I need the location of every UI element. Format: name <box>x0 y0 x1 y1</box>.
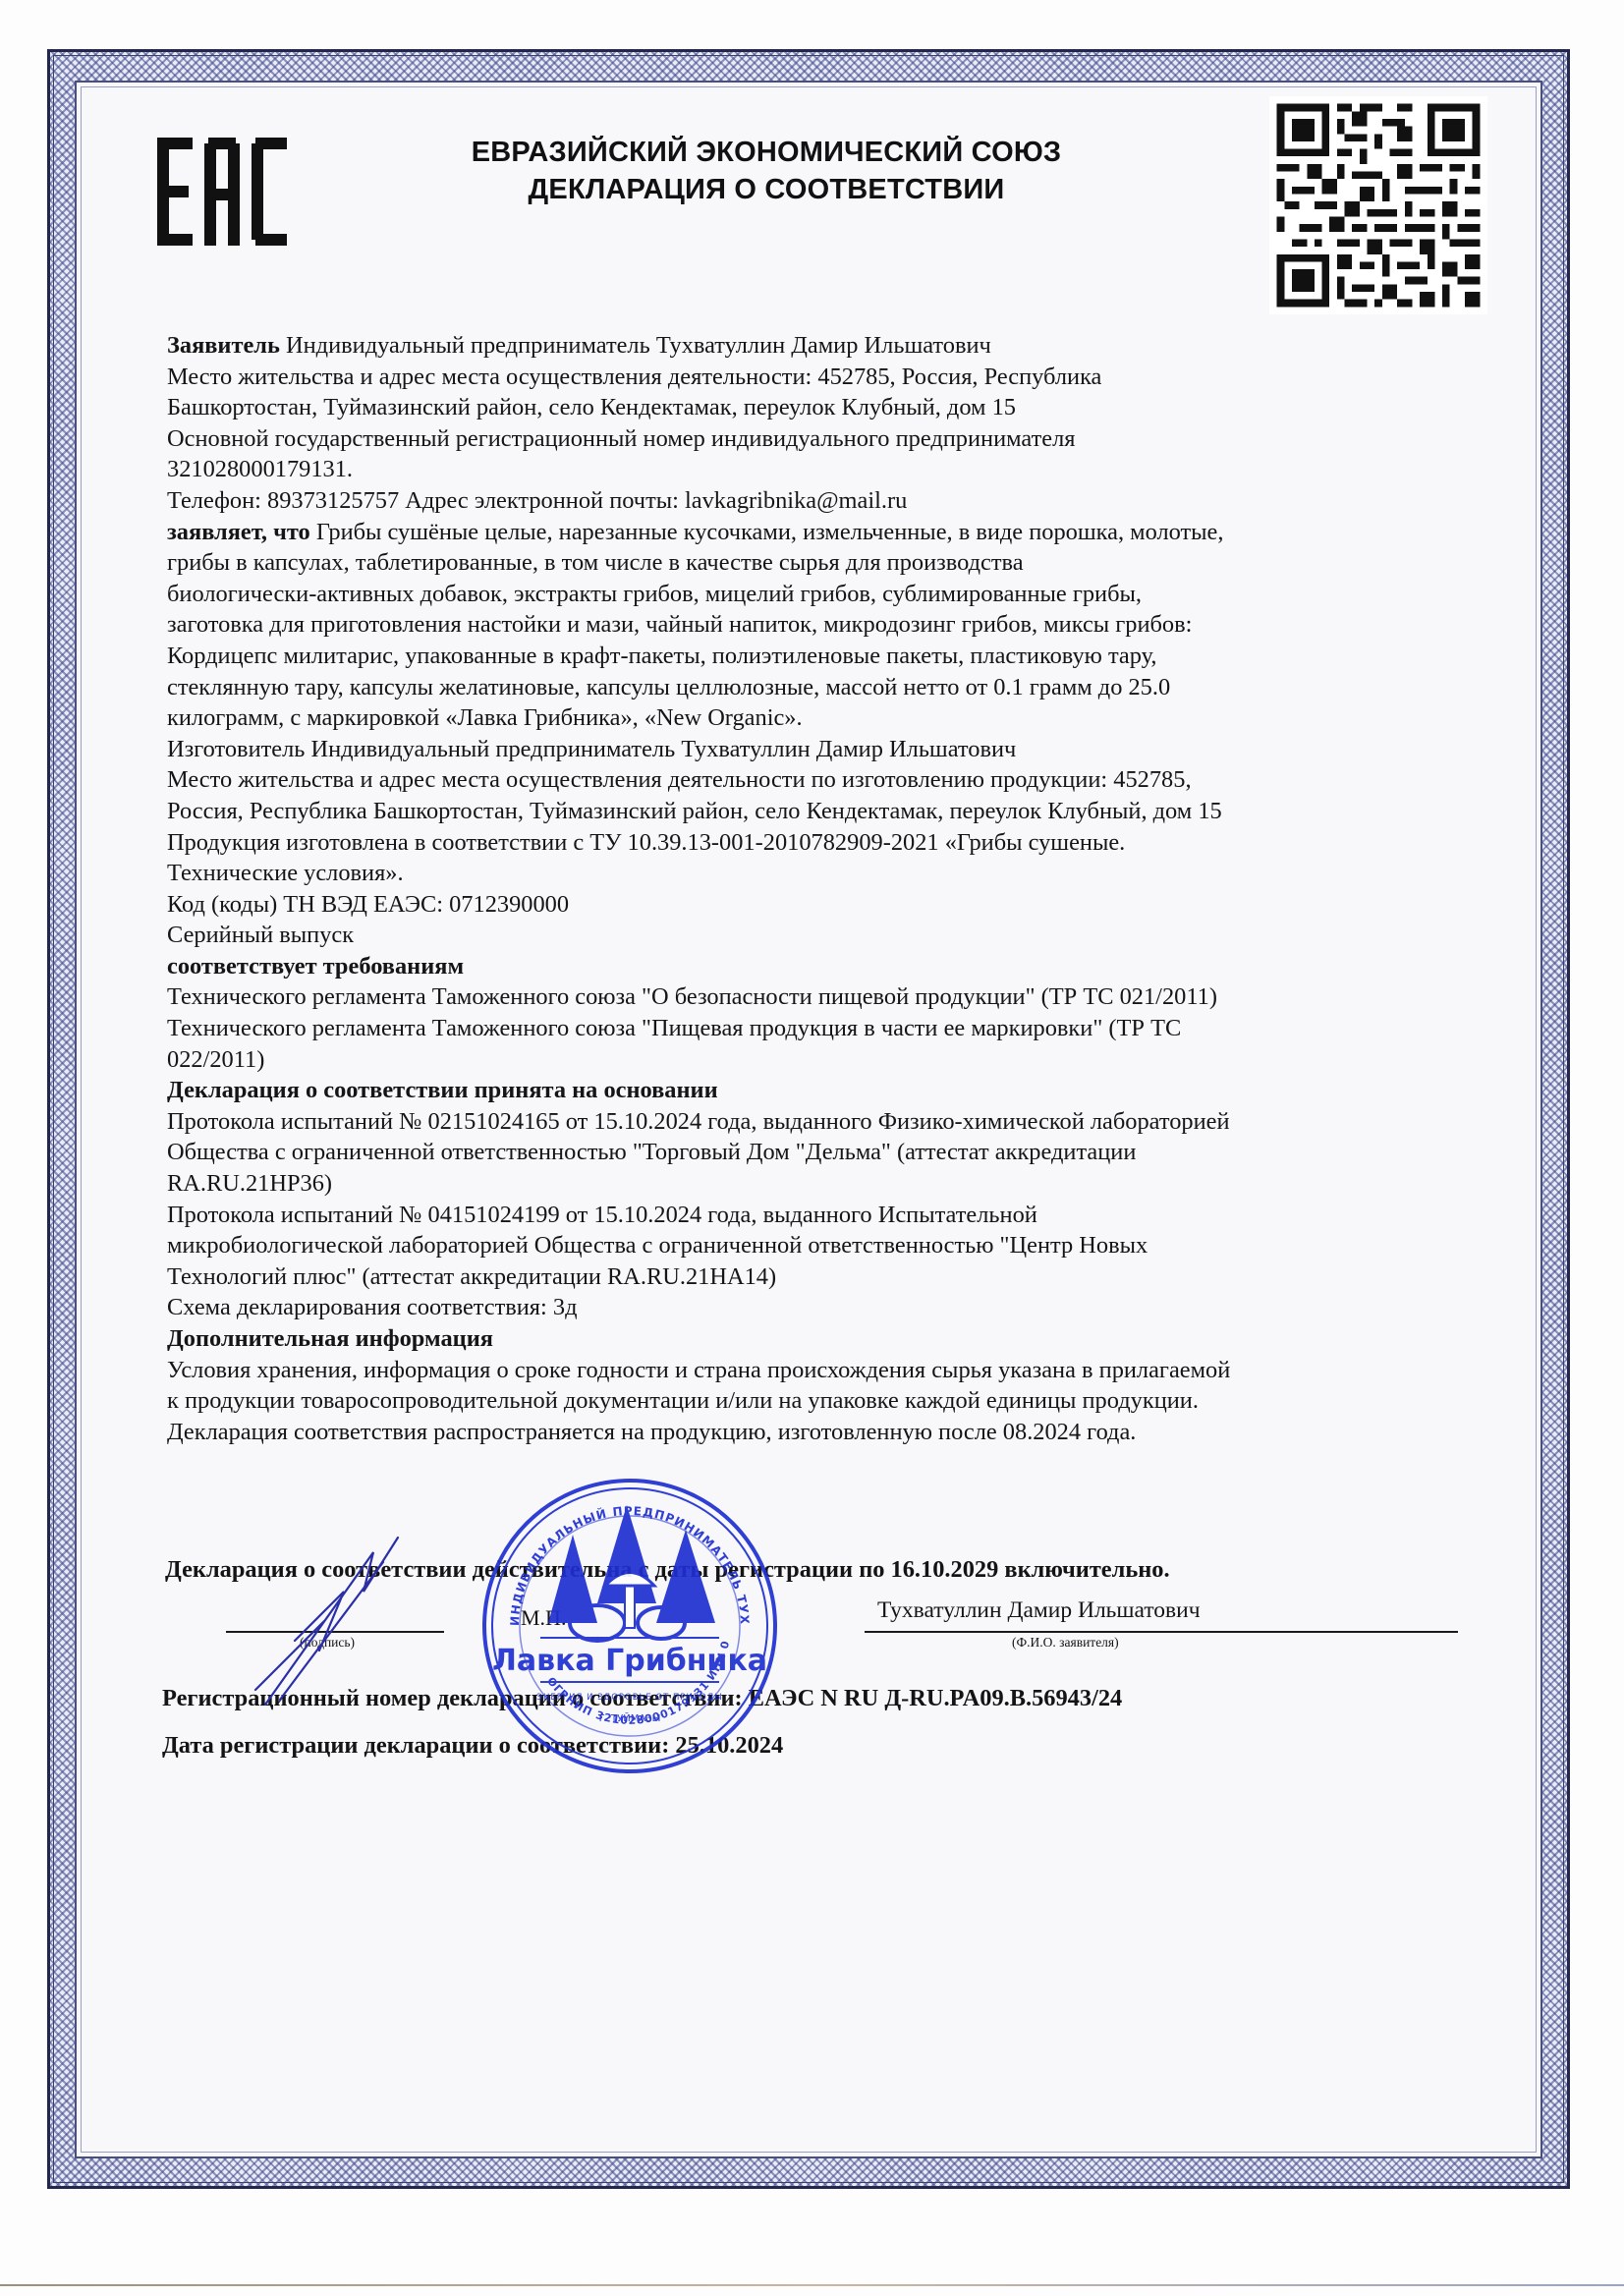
seal-slogan: ЭНЕРГИЯ И ЗДОРОВЬЕ ОТ ПРИРОДЫ <box>536 1693 723 1703</box>
name-line <box>865 1631 1458 1633</box>
additional-line-3: Декларация соответствия распространяется… <box>167 1417 1474 1448</box>
product-line-7: килограмм, с маркировкой «Лавка Грибника… <box>167 702 1474 734</box>
applicant-name: Индивидуальный предприниматель Тухватулл… <box>286 332 991 359</box>
applicant-label: Заявитель <box>167 332 280 359</box>
basis-line-3: RA.RU.21НР36) <box>167 1168 1474 1200</box>
eac-logo-icon <box>157 138 295 246</box>
title-declaration: ДЕКЛАРАЦИЯ О СООТВЕТСТВИИ <box>413 171 1120 208</box>
applicant-contacts: Телефон: 89373125757 Адрес электронной п… <box>167 485 1474 517</box>
requirement-line-1: Технического регламента Таможенного союз… <box>167 981 1474 1013</box>
declares-label: заявляет, что <box>167 519 310 545</box>
fio-caption: (Ф.И.О. заявителя) <box>1012 1635 1119 1651</box>
product-line-4: заготовка для приготовления настойки и м… <box>167 609 1474 641</box>
release-type: Серийный выпуск <box>167 920 1474 951</box>
seal-city: Г. ТУЙМАЗЫ <box>599 1711 661 1724</box>
tn-ved-code: Код (коды) ТН ВЭД ЕАЭС: 0712390000 <box>167 889 1474 921</box>
page-edge <box>0 2284 1624 2286</box>
basis-line-1: Протокола испытаний № 02151024165 от 15.… <box>167 1106 1474 1138</box>
declaration-scheme: Схема декларирования соответствия: 3д <box>167 1292 1474 1323</box>
manufacturer-line-2: Место жительства и адрес места осуществл… <box>167 764 1474 796</box>
product-line-1: Грибы сушёные целые, нарезанные кусочкам… <box>316 519 1224 545</box>
company-seal-icon: ИНДИВИДУАЛЬНЫЙ ПРЕДПРИНИМАТЕЛЬ ТУХВАТУЛЛ… <box>479 1476 780 1776</box>
applicant-ogrn-2: 321028000179131. <box>167 454 1474 485</box>
applicant-address-2: Башкортостан, Туймазинский район, село К… <box>167 392 1474 423</box>
applicant-address-1: Место жительства и адрес места осуществл… <box>167 362 1474 393</box>
handwritten-signature-icon <box>226 1533 442 1709</box>
basis-heading: Декларация о соответствии принята на осн… <box>167 1075 1474 1106</box>
declaration-body: Заявитель Индивидуальный предприниматель… <box>167 330 1474 1447</box>
product-line-3: биологически-активных добавок, экстракты… <box>167 579 1474 610</box>
applicant-line: Заявитель Индивидуальный предприниматель… <box>167 330 1474 362</box>
seal-brand: Лавка Грибника <box>492 1644 767 1678</box>
product-line-6: стеклянную тару, капсулы желатиновые, ка… <box>167 672 1474 703</box>
manufacturer-line-1: Изготовитель Индивидуальный предпринимат… <box>167 734 1474 765</box>
qr-code-icon <box>1269 96 1487 314</box>
product-line-2: грибы в капсулах, таблетированные, в том… <box>167 547 1474 579</box>
basis-line-4: Протокола испытаний № 04151024199 от 15.… <box>167 1200 1474 1231</box>
basis-line-6: Технологий плюс" (аттестат аккредитации … <box>167 1261 1474 1293</box>
additional-line-2: к продукции товаросопроводительной докум… <box>167 1385 1474 1417</box>
manufacturer-line-3: Россия, Республика Башкортостан, Туймази… <box>167 796 1474 827</box>
signer-name: Тухватуллин Дамир Ильшатович <box>877 1597 1201 1624</box>
declares-line: заявляет, что Грибы сушёные целые, нарез… <box>167 517 1474 548</box>
product-line-5: Кордицепс милитарис, упакованные в крафт… <box>167 641 1474 672</box>
manufacturer-line-4: Продукция изготовлена в соответствии с Т… <box>167 827 1474 859</box>
manufacturer-line-5: Технические условия». <box>167 858 1474 889</box>
requirement-line-2: Технического регламента Таможенного союз… <box>167 1013 1474 1044</box>
applicant-ogrn-1: Основной государственный регистрационный… <box>167 423 1474 455</box>
requirements-heading: соответствует требованиям <box>167 951 1474 982</box>
requirement-line-3: 022/2011) <box>167 1044 1474 1076</box>
title-union: ЕВРАЗИЙСКИЙ ЭКОНОМИЧЕСКИЙ СОЮЗ <box>413 134 1120 171</box>
basis-line-5: микробиологической лабораторией Общества… <box>167 1230 1474 1261</box>
additional-line-1: Условия хранения, информация о сроке год… <box>167 1355 1474 1386</box>
document-title: ЕВРАЗИЙСКИЙ ЭКОНОМИЧЕСКИЙ СОЮЗ ДЕКЛАРАЦИ… <box>413 134 1120 208</box>
additional-heading: Дополнительная информация <box>167 1323 1474 1355</box>
basis-line-2: Общества с ограниченной ответственностью… <box>167 1137 1474 1168</box>
